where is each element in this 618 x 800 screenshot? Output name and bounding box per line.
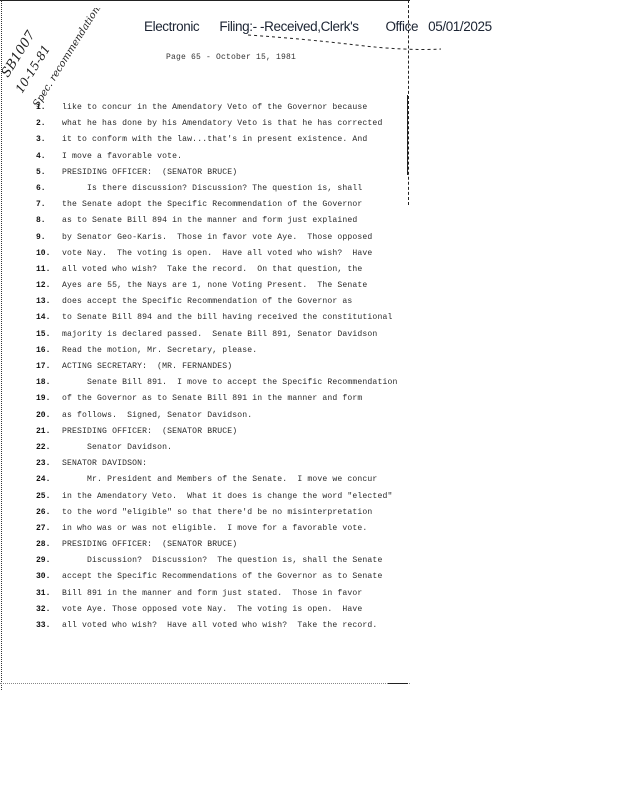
line-text: Discussion? Discussion? The question is,…: [62, 553, 382, 569]
stamp-separator: - -: [253, 19, 265, 34]
line-text: Ayes are 55, the Nays are 1, none Voting…: [62, 278, 367, 294]
line-number: 21.: [36, 424, 54, 440]
transcript-line: 33.all voted who wish? Have all voted wh…: [36, 618, 406, 634]
line-text: Mr. President and Members of the Senate.…: [62, 472, 377, 488]
line-text: PRESIDING OFFICER: (SENATOR BRUCE): [62, 424, 237, 440]
transcript-line: 6. Is there discussion? Discussion? The …: [36, 181, 406, 197]
line-number: 27.: [36, 521, 54, 537]
line-text: all voted who wish? Have all voted who w…: [62, 618, 377, 634]
electronic-filing-stamp: Electronic Filing:- -Received,Clerk's Of…: [144, 19, 492, 34]
line-number: 13.: [36, 294, 54, 310]
line-text: what he has done by his Amendatory Veto …: [62, 116, 382, 132]
handwritten-annotation: SB1007 10-15-81 Spec. recommendations: [2, 8, 132, 108]
transcript-line: 26.to the word "eligible" so that there'…: [36, 505, 406, 521]
transcript-line: 20.as follows. Signed, Senator Davidson.: [36, 408, 406, 424]
transcript-line: 23.SENATOR DAVIDSON:: [36, 456, 406, 472]
line-number: 25.: [36, 489, 54, 505]
transcript-line: 7.the Senate adopt the Specific Recommen…: [36, 197, 406, 213]
line-number: 17.: [36, 359, 54, 375]
line-text: does accept the Specific Recommendation …: [62, 294, 352, 310]
line-text: Senate Bill 891. I move to accept the Sp…: [62, 375, 397, 391]
page-header: Page 65 - October 15, 1981: [166, 53, 296, 62]
stamp-word-received: Received,Clerk's: [264, 19, 358, 34]
line-number: 30.: [36, 569, 54, 585]
line-number: 11.: [36, 262, 54, 278]
line-number: 2.: [36, 116, 54, 132]
transcript-line: 11.all voted who wish? Take the record. …: [36, 262, 406, 278]
line-number: 22.: [36, 440, 54, 456]
transcript-line: 19.of the Governor as to Senate Bill 891…: [36, 391, 406, 407]
line-number: 3.: [36, 132, 54, 148]
line-number: 8.: [36, 213, 54, 229]
stamp-word-electronic: Electronic: [144, 19, 199, 34]
transcript-line: 3.it to conform with the law...that's in…: [36, 132, 406, 148]
stamp-date: 05/01/2025: [428, 19, 492, 34]
transcript-line: 25.in the Amendatory Veto. What it does …: [36, 489, 406, 505]
transcript-line: 31.Bill 891 in the manner and form just …: [36, 586, 406, 602]
transcript-line: 24. Mr. President and Members of the Sen…: [36, 472, 406, 488]
transcript-line: 1.like to concur in the Amendatory Veto …: [36, 100, 406, 116]
line-number: 15.: [36, 327, 54, 343]
line-text: in the Amendatory Veto. What it does is …: [62, 489, 392, 505]
line-text: Bill 891 in the manner and form just sta…: [62, 586, 362, 602]
line-text: to Senate Bill 894 and the bill having r…: [62, 310, 392, 326]
line-text: accept the Specific Recommendations of t…: [62, 569, 382, 585]
transcript-line: 18. Senate Bill 891. I move to accept th…: [36, 375, 406, 391]
line-text: like to concur in the Amendatory Veto of…: [62, 100, 367, 116]
transcript-line: 5.PRESIDING OFFICER: (SENATOR BRUCE): [36, 165, 406, 181]
line-number: 33.: [36, 618, 54, 634]
line-number: 26.: [36, 505, 54, 521]
transcript-line: 22. Senator Davidson.: [36, 440, 406, 456]
line-text: SENATOR DAVIDSON:: [62, 456, 147, 472]
transcript-line: 13.does accept the Specific Recommendati…: [36, 294, 406, 310]
line-text: Read the motion, Mr. Secretary, please.: [62, 343, 257, 359]
transcript-line: 27.in who was or was not eligible. I mov…: [36, 521, 406, 537]
line-number: 24.: [36, 472, 54, 488]
transcript-line: 32.vote Aye. Those opposed vote Nay. The…: [36, 602, 406, 618]
right-margin-line-solid: [407, 95, 408, 175]
transcript-line: 17.ACTING SECRETARY: (MR. FERNANDES): [36, 359, 406, 375]
transcript-line: 29. Discussion? Discussion? The question…: [36, 553, 406, 569]
line-text: vote Aye. Those opposed vote Nay. The vo…: [62, 602, 362, 618]
line-number: 7.: [36, 197, 54, 213]
line-number: 20.: [36, 408, 54, 424]
line-text: ACTING SECRETARY: (MR. FERNANDES): [62, 359, 232, 375]
line-text: all voted who wish? Take the record. On …: [62, 262, 362, 278]
transcript-line: 28.PRESIDING OFFICER: (SENATOR BRUCE): [36, 537, 406, 553]
transcript-line: 10.vote Nay. The voting is open. Have al…: [36, 246, 406, 262]
scan-artifact-dashed-curve: [246, 33, 446, 53]
line-number: 9.: [36, 230, 54, 246]
line-number: 18.: [36, 375, 54, 391]
line-number: 6.: [36, 181, 54, 197]
transcript-line: 21.PRESIDING OFFICER: (SENATOR BRUCE): [36, 424, 406, 440]
transcript-line: 14.to Senate Bill 894 and the bill havin…: [36, 310, 406, 326]
transcript-line: 2.what he has done by his Amendatory Vet…: [36, 116, 406, 132]
line-number: 5.: [36, 165, 54, 181]
transcript-line: 8.as to Senate Bill 894 in the manner an…: [36, 213, 406, 229]
line-number: 14.: [36, 310, 54, 326]
line-number: 31.: [36, 586, 54, 602]
stamp-word-office: Office: [385, 19, 418, 34]
line-number: 23.: [36, 456, 54, 472]
bottom-border-line: [0, 683, 410, 684]
line-text: majority is declared passed. Senate Bill…: [62, 327, 377, 343]
transcript-line: 30.accept the Specific Recommendations o…: [36, 569, 406, 585]
line-number: 28.: [36, 537, 54, 553]
transcript-body: 1.like to concur in the Amendatory Veto …: [36, 100, 406, 634]
line-number: 10.: [36, 246, 54, 262]
line-number: 16.: [36, 343, 54, 359]
line-text: the Senate adopt the Specific Recommenda…: [62, 197, 362, 213]
line-text: to the word "eligible" so that there'd b…: [62, 505, 372, 521]
line-text: as to Senate Bill 894 in the manner and …: [62, 213, 357, 229]
line-text: PRESIDING OFFICER: (SENATOR BRUCE): [62, 165, 237, 181]
line-number: 32.: [36, 602, 54, 618]
line-number: 12.: [36, 278, 54, 294]
line-text: of the Governor as to Senate Bill 891 in…: [62, 391, 362, 407]
line-text: in who was or was not eligible. I move f…: [62, 521, 367, 537]
line-number: 19.: [36, 391, 54, 407]
line-text: I move a favorable vote.: [62, 149, 182, 165]
line-text: vote Nay. The voting is open. Have all v…: [62, 246, 372, 262]
line-number: 1.: [36, 100, 54, 116]
stamp-word-filing: Filing:: [219, 19, 252, 34]
line-text: Is there discussion? Discussion? The que…: [62, 181, 362, 197]
transcript-line: 12.Ayes are 55, the Nays are 1, none Vot…: [36, 278, 406, 294]
line-text: PRESIDING OFFICER: (SENATOR BRUCE): [62, 537, 237, 553]
bottom-dash-mark: [388, 683, 408, 684]
transcript-line: 9.by Senator Geo-Karis. Those in favor v…: [36, 230, 406, 246]
line-text: it to conform with the law...that's in p…: [62, 132, 367, 148]
line-text: by Senator Geo-Karis. Those in favor vot…: [62, 230, 372, 246]
transcript-line: 15.majority is declared passed. Senate B…: [36, 327, 406, 343]
line-text: Senator Davidson.: [62, 440, 172, 456]
line-text: as follows. Signed, Senator Davidson.: [62, 408, 252, 424]
top-border-line: [0, 0, 410, 1]
transcript-line: 4.I move a favorable vote.: [36, 149, 406, 165]
line-number: 4.: [36, 149, 54, 165]
line-number: 29.: [36, 553, 54, 569]
transcript-line: 16.Read the motion, Mr. Secretary, pleas…: [36, 343, 406, 359]
